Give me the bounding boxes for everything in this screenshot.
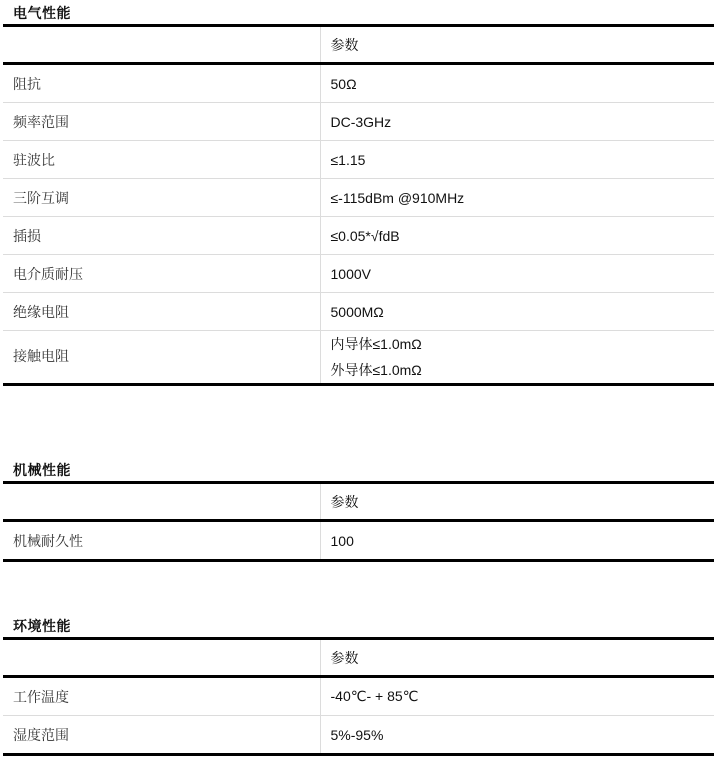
row-label-mechanical-durability: 机械耐久性 <box>3 521 320 561</box>
table-row: 湿度范围 5%-95% <box>3 716 714 755</box>
table-header-row: 参数 <box>3 483 714 521</box>
section-title-environmental: 环境性能 <box>13 616 71 636</box>
row-label-contact-resistance: 接触电阻 <box>3 331 320 385</box>
row-label-pim: 三阶互调 <box>3 179 320 217</box>
row-label-vswr: 驻波比 <box>3 141 320 179</box>
outer-conductor-value: 外导体≤1.0mΩ <box>331 357 715 383</box>
table-row: 阻抗 50Ω <box>3 64 714 103</box>
header-param-col: 参数 <box>320 483 714 521</box>
header-label-col <box>3 639 320 677</box>
inner-conductor-value: 内导体≤1.0mΩ <box>331 331 715 357</box>
row-value-pim: ≤-115dBm @910MHz <box>320 179 714 217</box>
row-value-insertion-loss: ≤0.05*√fdB <box>320 217 714 255</box>
row-label-dielectric-voltage: 电介质耐压 <box>3 255 320 293</box>
row-label-impedance: 阻抗 <box>3 64 320 103</box>
section-title-electrical: 电气性能 <box>13 3 71 23</box>
table-row: 机械耐久性 100 <box>3 521 714 561</box>
section-title-mechanical: 机械性能 <box>13 460 71 480</box>
table-row: 接触电阻 内导体≤1.0mΩ 外导体≤1.0mΩ <box>3 331 714 385</box>
header-label-col <box>3 26 320 64</box>
row-value-mechanical-durability: 100 <box>320 521 714 561</box>
table-row: 绝缘电阻 5000MΩ <box>3 293 714 331</box>
row-label-insulation-resistance: 绝缘电阻 <box>3 293 320 331</box>
row-value-dielectric-voltage: 1000V <box>320 255 714 293</box>
header-label-col <box>3 483 320 521</box>
table-header-row: 参数 <box>3 639 714 677</box>
row-value-vswr: ≤1.15 <box>320 141 714 179</box>
row-label-humidity-range: 湿度范围 <box>3 716 320 755</box>
header-param-col: 参数 <box>320 639 714 677</box>
row-value-humidity-range: 5%-95% <box>320 716 714 755</box>
mechanical-spec-table: 参数 机械耐久性 100 <box>3 481 714 562</box>
table-header-row: 参数 <box>3 26 714 64</box>
header-param-col: 参数 <box>320 26 714 64</box>
table-row: 插损 ≤0.05*√fdB <box>3 217 714 255</box>
row-value-operating-temperature: -40℃- + 85℃ <box>320 677 714 716</box>
row-value-contact-resistance: 内导体≤1.0mΩ 外导体≤1.0mΩ <box>320 331 714 385</box>
electrical-spec-table: 参数 阻抗 50Ω 频率范围 DC-3GHz 驻波比 ≤1.15 三阶互调 ≤-… <box>3 24 714 386</box>
row-label-operating-temperature: 工作温度 <box>3 677 320 716</box>
row-value-insulation-resistance: 5000MΩ <box>320 293 714 331</box>
table-row: 工作温度 -40℃- + 85℃ <box>3 677 714 716</box>
row-value-impedance: 50Ω <box>320 64 714 103</box>
row-label-frequency-range: 频率范围 <box>3 103 320 141</box>
table-row: 频率范围 DC-3GHz <box>3 103 714 141</box>
row-label-insertion-loss: 插损 <box>3 217 320 255</box>
row-value-frequency-range: DC-3GHz <box>320 103 714 141</box>
table-row: 三阶互调 ≤-115dBm @910MHz <box>3 179 714 217</box>
environmental-spec-table: 参数 工作温度 -40℃- + 85℃ 湿度范围 5%-95% <box>3 637 714 756</box>
table-row: 电介质耐压 1000V <box>3 255 714 293</box>
table-row: 驻波比 ≤1.15 <box>3 141 714 179</box>
